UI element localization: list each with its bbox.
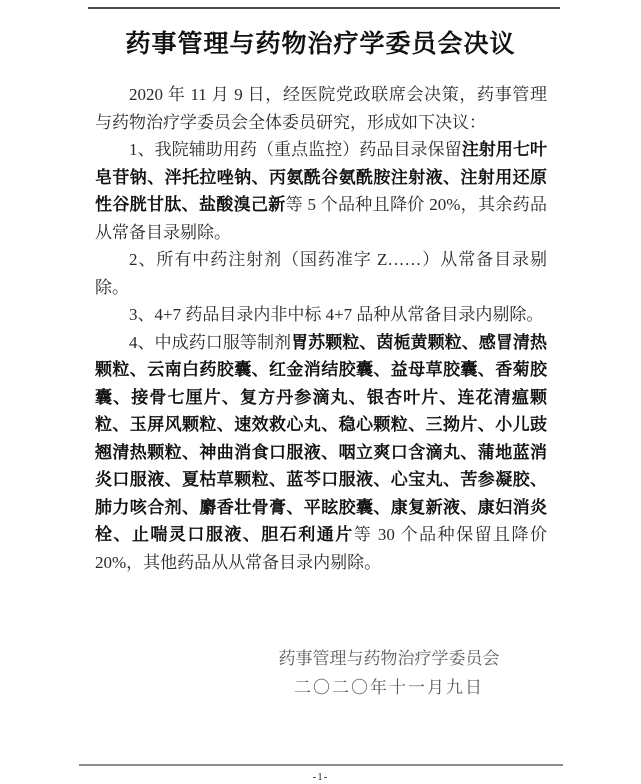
text-run: 2、所有中药注射剂（国药准字 Z……）从常备目录剔除。 xyxy=(95,250,547,297)
text-run: 3、4+7 药品目录内非中标 4+7 品种从常备目录内剔除。 xyxy=(129,305,543,324)
text-run: 1、我院辅助用药（重点监控）药品目录保留 xyxy=(129,140,462,159)
signature-committee: 药事管理与药物治疗学委员会 xyxy=(159,644,619,673)
paragraph: 3、4+7 药品目录内非中标 4+7 品种从常备目录内剔除。 xyxy=(95,301,547,329)
text-run: 4、中成药口服等制剂 xyxy=(129,333,291,352)
paragraph: 2、所有中药注射剂（国药准字 Z……）从常备目录剔除。 xyxy=(95,246,547,301)
document-body: 2020 年 11 月 9 日，经医院党政联席会决策，药事管理与药物治疗学委员会… xyxy=(95,81,547,576)
signature-block: 药事管理与药物治疗学委员会 二〇二〇年十一月九日 xyxy=(159,644,619,702)
signature-date: 二〇二〇年十一月九日 xyxy=(159,673,619,702)
document-title: 药事管理与药物治疗学委员会决议 xyxy=(0,24,641,60)
drug-list-emphasis: 胃苏颗粒、茵栀黄颗粒、感冒清热颗粒、云南白药胶囊、红金消结胶囊、益母草胶囊、香菊… xyxy=(95,333,547,545)
page-number: -1- xyxy=(0,771,641,783)
paragraph: 4、中成药口服等制剂胃苏颗粒、茵栀黄颗粒、感冒清热颗粒、云南白药胶囊、红金消结胶… xyxy=(95,329,547,577)
paragraph: 2020 年 11 月 9 日，经医院党政联席会决策，药事管理与药物治疗学委员会… xyxy=(95,81,547,136)
text-run: 2020 年 11 月 9 日，经医院党政联席会决策，药事管理与药物治疗学委员会… xyxy=(95,85,547,132)
document-page: 药事管理与药物治疗学委员会决议 2020 年 11 月 9 日，经医院党政联席会… xyxy=(0,0,641,784)
footer-rule xyxy=(79,764,563,766)
paragraph: 1、我院辅助用药（重点监控）药品目录保留注射用七叶皂苷钠、泮托拉唑钠、丙氨酰谷氨… xyxy=(95,136,547,246)
top-rule xyxy=(88,7,560,9)
